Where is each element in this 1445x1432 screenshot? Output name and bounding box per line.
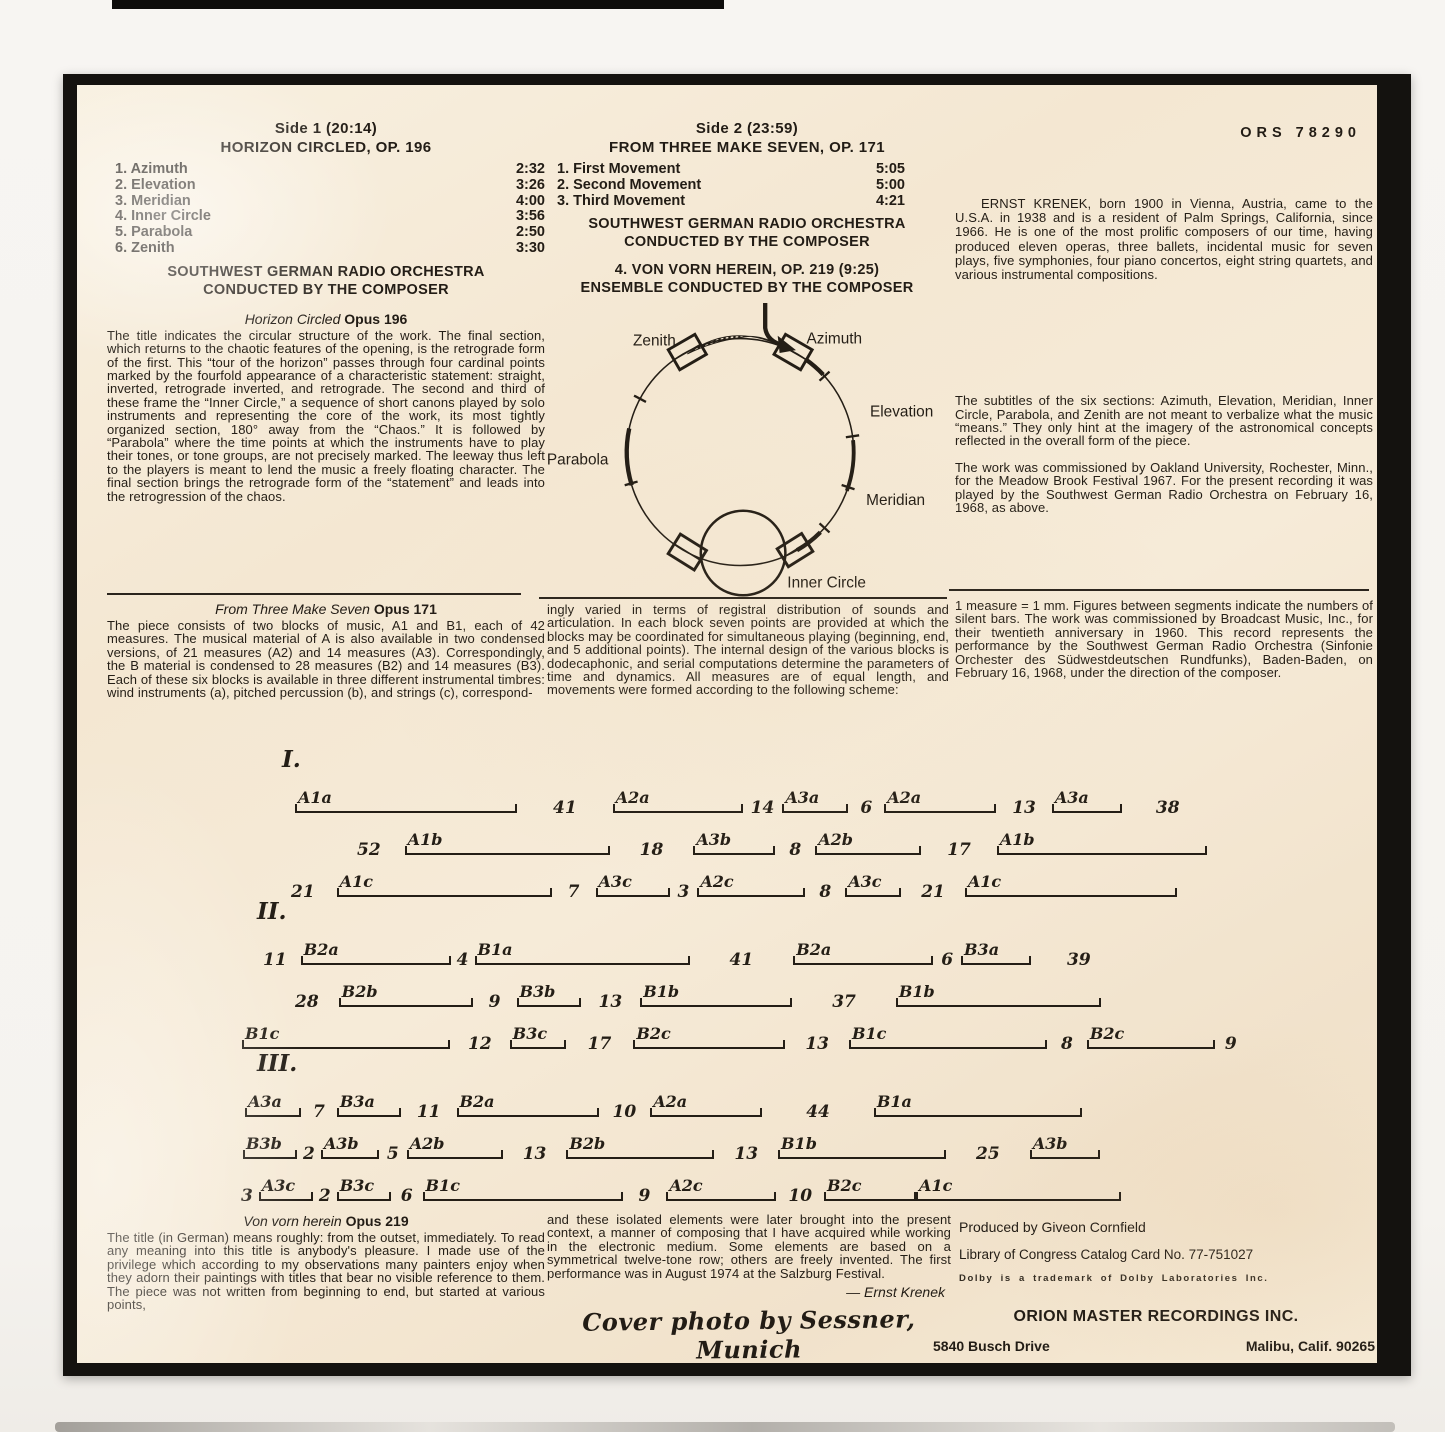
catalog-number: ORS 78290 bbox=[955, 125, 1373, 141]
track-row: 2. Elevation3:26 bbox=[107, 178, 545, 194]
scanned-album-back-cover: { "catalog_number": "ORS 78290", "side1"… bbox=[0, 0, 1445, 1432]
scheme-segment: A1b bbox=[997, 825, 1207, 855]
commission-paragraph: The work was commissioned by Oakland Uni… bbox=[955, 461, 1373, 515]
address-city: Malibu, Calif. 90265 bbox=[1246, 1338, 1375, 1354]
scanner-shadow bbox=[55, 1422, 1395, 1432]
liner-notes-paper: Side 1 (20:14) HORIZON CIRCLED, OP. 196 … bbox=[77, 85, 1377, 1363]
production-block: Produced by Giveon Cornfield Library of … bbox=[933, 1219, 1379, 1354]
track-row: 2. Second Movement5:00 bbox=[549, 178, 905, 194]
scheme-segment-label: B1b bbox=[781, 1134, 817, 1153]
scheme-segment-label: B1c bbox=[426, 1176, 460, 1195]
circle-diagram-svg: Zenith Azimuth Elevation Meridian Inner … bbox=[543, 303, 947, 603]
scanner-edge-strip bbox=[112, 0, 724, 9]
scheme-segment-label: B2a bbox=[460, 1092, 495, 1111]
scheme-silent-bars-number: 13 bbox=[1012, 798, 1036, 818]
scheme-segment-label: A3a bbox=[248, 1092, 282, 1111]
track-time: 3:56 bbox=[516, 209, 545, 225]
track-time: 2:32 bbox=[516, 162, 545, 178]
track-title: 3. Meridian bbox=[107, 194, 191, 210]
vvh-heading-rest: Opus 219 bbox=[342, 1213, 409, 1229]
side2-title: FROM THREE MAKE SEVEN, OP. 171 bbox=[543, 138, 951, 157]
scheme-silent-bars-number: 11 bbox=[263, 950, 287, 970]
arc-elevation-upper bbox=[805, 360, 823, 375]
scheme-segment-label: B2b bbox=[342, 982, 378, 1001]
scheme-segment: A3a bbox=[1052, 783, 1122, 813]
side2-track-list: 1. First Movement5:052. Second Movement5… bbox=[549, 162, 905, 209]
track-time: 3:26 bbox=[516, 178, 545, 194]
scheme-silent-bars-number: 7 bbox=[568, 882, 580, 902]
scheme-segment-label: B3c bbox=[513, 1024, 547, 1043]
scheme-silent-bars-number: 17 bbox=[588, 1034, 612, 1054]
scheme-row: A3a7B3a11B2a10A2a44B1a bbox=[77, 1079, 1377, 1117]
scheme-silent-bars-number: 4 bbox=[457, 950, 469, 970]
scheme-segment: A1c bbox=[965, 867, 1177, 897]
horizon-circle-diagram: Zenith Azimuth Elevation Meridian Inner … bbox=[543, 303, 951, 608]
scheme-silent-bars-number: 2 bbox=[319, 1186, 331, 1206]
cardinal-squares bbox=[668, 335, 813, 571]
label-meridian: Meridian bbox=[866, 492, 925, 509]
scheme-silent-bars-number: 21 bbox=[291, 882, 315, 902]
scheme-segment: B1c bbox=[423, 1171, 623, 1201]
side2-header: Side 2 (23:59) bbox=[543, 119, 951, 138]
scheme-silent-bars-number: 13 bbox=[734, 1144, 758, 1164]
scheme-silent-bars-number: 41 bbox=[730, 950, 754, 970]
horizon-heading-rest: Opus 196 bbox=[340, 311, 407, 327]
track-row: 3. Meridian4:00 bbox=[107, 194, 545, 210]
scheme-segment: A2a bbox=[650, 1087, 762, 1117]
scheme-segment-label: B1b bbox=[899, 982, 935, 1001]
scheme-silent-bars-number: 6 bbox=[860, 798, 872, 818]
measures-block: 1 measure = 1 mm. Figures between segmen… bbox=[955, 599, 1373, 679]
arc-meridian bbox=[847, 441, 854, 492]
scheme-segment: A3b bbox=[321, 1129, 379, 1159]
scheme-segment: B1a bbox=[475, 935, 690, 965]
von-vorn-block: Von vorn herein Opus 219 The title (in G… bbox=[107, 1213, 545, 1311]
composer-signature: — Ernst Krenek bbox=[547, 1284, 951, 1300]
horizon-notes: The title indicates the circular structu… bbox=[107, 329, 545, 503]
scheme-segment-label: B1c bbox=[852, 1024, 886, 1043]
measures-paragraph: 1 measure = 1 mm. Figures between segmen… bbox=[955, 599, 1373, 679]
scheme-silent-bars-number: 8 bbox=[789, 840, 801, 860]
continuation-paragraph: ingly varied in terms of registral distr… bbox=[547, 603, 949, 697]
side1-column: Side 1 (20:14) HORIZON CIRCLED, OP. 196 … bbox=[107, 119, 545, 503]
scheme-section-numeral: III. bbox=[257, 1053, 1377, 1077]
label-azimuth: Azimuth bbox=[807, 331, 863, 348]
scheme-segment-label: A3b bbox=[324, 1134, 359, 1153]
horizon-heading-italic: Horizon Circled bbox=[245, 311, 341, 327]
scheme-silent-bars-number: 13 bbox=[599, 992, 623, 1012]
scheme-segment-label: A1a bbox=[298, 788, 332, 807]
side2-credit-orchestra: SOUTHWEST GERMAN RADIO ORCHESTRA bbox=[543, 215, 951, 233]
track-row: 3. Third Movement4:21 bbox=[549, 194, 905, 210]
scheme-segment: B1a bbox=[874, 1087, 1082, 1117]
scheme-silent-bars-number: 21 bbox=[921, 882, 945, 902]
scheme-silent-bars-number: 3 bbox=[678, 882, 690, 902]
three-make-seven-notes: The piece consists of two blocks of musi… bbox=[107, 619, 545, 699]
scheme-silent-bars-number: 44 bbox=[806, 1102, 830, 1122]
tms-heading-italic: From Three Make Seven bbox=[215, 601, 370, 617]
scheme-segment: B1b bbox=[896, 977, 1101, 1007]
track-title: 5. Parabola bbox=[107, 225, 192, 241]
scheme-silent-bars-number: 18 bbox=[640, 840, 664, 860]
right-notes: The subtitles of the six sections: Azimu… bbox=[955, 394, 1373, 514]
side2-credit-conductor: CONDUCTED BY THE COMPOSER bbox=[543, 233, 951, 251]
scheme-segment: B2a bbox=[793, 935, 933, 965]
circle-ticks bbox=[625, 372, 859, 533]
scheme-silent-bars-number: 7 bbox=[313, 1102, 325, 1122]
scheme-segment: A3b bbox=[1030, 1129, 1100, 1159]
record-company-name: ORION MASTER RECORDINGS INC. bbox=[933, 1308, 1379, 1326]
scheme-segment: B3c bbox=[510, 1019, 566, 1049]
divider-middle bbox=[539, 597, 947, 599]
track-row: 6. Zenith3:30 bbox=[107, 241, 545, 257]
scheme-silent-bars-number: 3 bbox=[241, 1186, 253, 1206]
side1-title: HORIZON CIRCLED, OP. 196 bbox=[107, 138, 545, 157]
track-time: 4:21 bbox=[876, 194, 905, 210]
right-column: ORS 78290 ERNST KRENEK, born 1900 in Vie… bbox=[955, 125, 1373, 527]
subtitles-paragraph: The subtitles of the six sections: Azimu… bbox=[955, 394, 1373, 448]
scheme-segment-label: A2b bbox=[410, 1134, 445, 1153]
side1-header: Side 1 (20:14) bbox=[107, 119, 545, 138]
scheme-segment: A1a bbox=[295, 783, 517, 813]
dolby-trademark-line: Dolby is a trademark of Dolby Laboratori… bbox=[933, 1273, 1379, 1284]
scheme-segment-label: B1a bbox=[877, 1092, 912, 1111]
scheme-segment-label: B1b bbox=[643, 982, 679, 1001]
scheme-segment-label: A2b bbox=[818, 830, 853, 849]
side2-column: Side 2 (23:59) FROM THREE MAKE SEVEN, OP… bbox=[543, 119, 951, 608]
scheme-segment-label: B3a bbox=[340, 1092, 375, 1111]
scheme-segment-label: A3b bbox=[1033, 1134, 1068, 1153]
scheme-segment-label: B3c bbox=[340, 1176, 374, 1195]
scheme-silent-bars-number: 38 bbox=[1156, 798, 1180, 818]
scheme-segment: B3a bbox=[961, 935, 1031, 965]
scheme-segment-label: B2c bbox=[1090, 1024, 1124, 1043]
scheme-segment: A2c bbox=[697, 867, 805, 897]
scheme-segment-label: A3c bbox=[262, 1176, 295, 1195]
finale-block: and these isolated elements were later b… bbox=[547, 1213, 951, 1364]
scheme-silent-bars-number: 13 bbox=[805, 1034, 829, 1054]
scheme-segment: A3c bbox=[596, 867, 670, 897]
track-row: 1. First Movement5:05 bbox=[549, 162, 905, 178]
entry-arrow bbox=[765, 303, 796, 353]
track-time: 5:05 bbox=[876, 162, 905, 178]
scheme-silent-bars-number: 17 bbox=[947, 840, 971, 860]
scheme-segment-label: A3b bbox=[696, 830, 731, 849]
record-sleeve: Side 1 (20:14) HORIZON CIRCLED, OP. 196 … bbox=[63, 74, 1411, 1376]
scheme-silent-bars-number: 9 bbox=[489, 992, 501, 1012]
company-address: 5840 Busch Drive Malibu, Calif. 90265 bbox=[933, 1338, 1379, 1354]
scheme-segment-label: A1c bbox=[968, 872, 1001, 891]
track-title: 2. Second Movement bbox=[549, 178, 701, 194]
circle-labels: Zenith Azimuth Elevation Meridian Inner … bbox=[547, 331, 933, 592]
track-title: 2. Elevation bbox=[107, 178, 196, 194]
scheme-silent-bars-number: 9 bbox=[639, 1186, 651, 1206]
continuation-block: ingly varied in terms of registral distr… bbox=[547, 603, 949, 697]
address-street: 5840 Busch Drive bbox=[933, 1338, 1050, 1354]
scheme-segment: A3a bbox=[245, 1087, 301, 1117]
scheme-segment: A2b bbox=[815, 825, 921, 855]
scheme-segment: B2a bbox=[301, 935, 451, 965]
track-title: 6. Zenith bbox=[107, 241, 175, 257]
scheme-segment-label: B3b bbox=[246, 1134, 282, 1153]
scheme-segment: A3c bbox=[845, 867, 901, 897]
scheme-segment: B2a bbox=[457, 1087, 599, 1117]
scheme-segment: B2b bbox=[339, 977, 473, 1007]
arc-parabola bbox=[627, 429, 632, 486]
scheme-segment-label: B2c bbox=[827, 1176, 861, 1195]
scheme-section-numeral: I. bbox=[282, 749, 1377, 773]
movement-scheme-diagram: I.A1a41A2a14A3a6A2a13A3a3852A1b18A3b8A2b… bbox=[77, 749, 1377, 1205]
side1-track-list: 1. Azimuth2:322. Elevation3:263. Meridia… bbox=[107, 162, 545, 257]
scheme-silent-bars-number: 39 bbox=[1067, 950, 1091, 970]
scheme-segment-label: B3b bbox=[520, 982, 556, 1001]
vvh-heading-italic: Von vorn herein bbox=[243, 1213, 341, 1229]
cover-photo-credit: Cover photo by Sessner, Munich bbox=[547, 1304, 952, 1366]
scheme-segment: B2c bbox=[824, 1171, 916, 1201]
scheme-segment: B2c bbox=[1087, 1019, 1215, 1049]
scheme-segment-label: B2c bbox=[636, 1024, 670, 1043]
scheme-segment: A3c bbox=[259, 1171, 313, 1201]
scheme-segment-label: B1c bbox=[245, 1024, 279, 1043]
scheme-segment-label: A2a bbox=[887, 788, 921, 807]
divider-right bbox=[949, 589, 1369, 591]
track-time: 2:50 bbox=[516, 225, 545, 241]
track-row: 5. Parabola2:50 bbox=[107, 225, 545, 241]
scheme-silent-bars-number: 8 bbox=[1061, 1034, 1073, 1054]
scheme-silent-bars-number: 9 bbox=[1225, 1034, 1237, 1054]
scheme-row: 3A3c2B3c6B1c9A2c10B2cA1c bbox=[77, 1163, 1377, 1201]
scheme-segment: A1c bbox=[337, 867, 552, 897]
scheme-segment-label: B2a bbox=[304, 940, 339, 959]
scheme-silent-bars-number: 2 bbox=[303, 1144, 315, 1164]
scheme-silent-bars-number: 28 bbox=[295, 992, 319, 1012]
scheme-segment: B1b bbox=[778, 1129, 946, 1159]
scheme-silent-bars-number: 6 bbox=[401, 1186, 413, 1206]
scheme-segment-label: A2a bbox=[653, 1092, 687, 1111]
scheme-segment: B1b bbox=[640, 977, 792, 1007]
scheme-silent-bars-number: 52 bbox=[357, 840, 381, 860]
scheme-segment-label: A2c bbox=[669, 1176, 702, 1195]
scheme-row: B3b2A3b5A2b13B2b13B1b25A3b bbox=[77, 1121, 1377, 1159]
scheme-section-numeral: II. bbox=[257, 901, 1377, 925]
scheme-segment-label: A1b bbox=[408, 830, 443, 849]
scheme-silent-bars-number: 25 bbox=[976, 1144, 1000, 1164]
tms-heading-rest: Opus 171 bbox=[370, 601, 437, 617]
scheme-segment-label: A1c bbox=[919, 1176, 952, 1195]
scheme-segment-label: A3a bbox=[1055, 788, 1089, 807]
scheme-silent-bars-number: 8 bbox=[819, 882, 831, 902]
scheme-segment-label: A1c bbox=[340, 872, 373, 891]
scheme-silent-bars-number: 13 bbox=[523, 1144, 547, 1164]
scheme-segment-label: A2a bbox=[616, 788, 650, 807]
divider-left bbox=[107, 593, 521, 595]
scheme-segment: B2c bbox=[633, 1019, 785, 1049]
scheme-silent-bars-number: 41 bbox=[553, 798, 577, 818]
label-elevation: Elevation bbox=[870, 404, 933, 421]
von-vorn-notes: The title (in German) means roughly: fro… bbox=[107, 1231, 545, 1311]
scheme-silent-bars-number: 10 bbox=[613, 1102, 637, 1122]
scheme-segment: A1c bbox=[916, 1171, 1121, 1201]
scheme-segment: B1c bbox=[242, 1019, 450, 1049]
side1-credit-orchestra: SOUTHWEST GERMAN RADIO ORCHESTRA bbox=[107, 263, 545, 281]
scheme-segment: A3a bbox=[782, 783, 848, 813]
library-of-congress-line: Library of Congress Catalog Card No. 77-… bbox=[933, 1247, 1379, 1262]
track-title: 4. Inner Circle bbox=[107, 209, 211, 225]
scheme-segment-label: B2b bbox=[569, 1134, 605, 1153]
scheme-row: A1a41A2a14A3a6A2a13A3a38 bbox=[77, 775, 1377, 813]
ensemble-credit: ENSEMBLE CONDUCTED BY THE COMPOSER bbox=[543, 279, 951, 297]
label-inner-circle: Inner Circle bbox=[787, 575, 866, 592]
horizon-heading: Horizon Circled Opus 196 bbox=[107, 311, 545, 327]
inner-circle-sphere bbox=[701, 511, 786, 596]
scheme-silent-bars-number: 10 bbox=[788, 1186, 812, 1206]
scheme-segment: B3b bbox=[517, 977, 581, 1007]
scheme-silent-bars-number: 5 bbox=[387, 1144, 399, 1164]
von-vorn-heading: Von vorn herein Opus 219 bbox=[107, 1213, 545, 1229]
scheme-silent-bars-number: 37 bbox=[832, 992, 856, 1012]
scheme-segment-label: A1b bbox=[1000, 830, 1035, 849]
track-time: 3:30 bbox=[516, 241, 545, 257]
scheme-row: 52A1b18A3b8A2b17A1b bbox=[77, 817, 1377, 855]
scheme-silent-bars-number: 12 bbox=[468, 1034, 492, 1054]
scheme-segment: A1b bbox=[405, 825, 610, 855]
scheme-silent-bars-number: 11 bbox=[417, 1102, 441, 1122]
scheme-row: 28B2b9B3b13B1b37B1b bbox=[77, 969, 1377, 1007]
scheme-row: 11B2a4B1a41B2a6B3a39 bbox=[77, 927, 1377, 965]
scheme-segment-label: A3a bbox=[785, 788, 819, 807]
scheme-segment: A2a bbox=[884, 783, 996, 813]
track-title: 3. Third Movement bbox=[549, 194, 685, 210]
scheme-row: B1c12B3c17B2c13B1c8B2c9 bbox=[77, 1011, 1377, 1049]
track-title: 1. Azimuth bbox=[107, 162, 188, 178]
track-row: 4. Inner Circle3:56 bbox=[107, 209, 545, 225]
track-time: 5:00 bbox=[876, 178, 905, 194]
scheme-segment: B1c bbox=[849, 1019, 1047, 1049]
label-zenith: Zenith bbox=[633, 333, 676, 350]
track-time: 4:00 bbox=[516, 194, 545, 210]
produced-by-line: Produced by Giveon Cornfield bbox=[933, 1219, 1379, 1235]
scheme-row: 21A1c7A3c3A2c8A3c21A1c bbox=[77, 859, 1377, 897]
three-make-seven-block: From Three Make Seven Opus 171 The piece… bbox=[107, 601, 545, 699]
scheme-segment: B3a bbox=[337, 1087, 401, 1117]
scheme-segment-label: A2c bbox=[700, 872, 733, 891]
scheme-segment-label: A3c bbox=[848, 872, 881, 891]
scheme-segment: A2b bbox=[407, 1129, 503, 1159]
scheme-segment-label: B2a bbox=[796, 940, 831, 959]
scheme-segment: A2a bbox=[613, 783, 743, 813]
scheme-segment: A3b bbox=[693, 825, 775, 855]
scheme-silent-bars-number: 14 bbox=[751, 798, 775, 818]
track-title: 1. First Movement bbox=[549, 162, 680, 178]
scheme-segment-label: A3c bbox=[599, 872, 632, 891]
composer-bio: ERNST KRENEK, born 1900 in Vienna, Austr… bbox=[955, 197, 1373, 282]
side1-credit-conductor: CONDUCTED BY THE COMPOSER bbox=[107, 281, 545, 299]
finale-paragraph: and these isolated elements were later b… bbox=[547, 1213, 951, 1280]
label-parabola: Parabola bbox=[547, 452, 609, 469]
track-row: 1. Azimuth2:32 bbox=[107, 162, 545, 178]
scheme-segment: B2b bbox=[566, 1129, 714, 1159]
scheme-segment-label: B1a bbox=[478, 940, 513, 959]
three-make-seven-heading: From Three Make Seven Opus 171 bbox=[107, 601, 545, 617]
scheme-segment: A2c bbox=[666, 1171, 776, 1201]
von-vorn-herein-title: 4. VON VORN HEREIN, OP. 219 (9:25) bbox=[543, 261, 951, 279]
scheme-silent-bars-number: 6 bbox=[941, 950, 953, 970]
scheme-segment: B3c bbox=[337, 1171, 391, 1201]
scheme-segment-label: B3a bbox=[964, 940, 999, 959]
scheme-segment: B3b bbox=[243, 1129, 297, 1159]
